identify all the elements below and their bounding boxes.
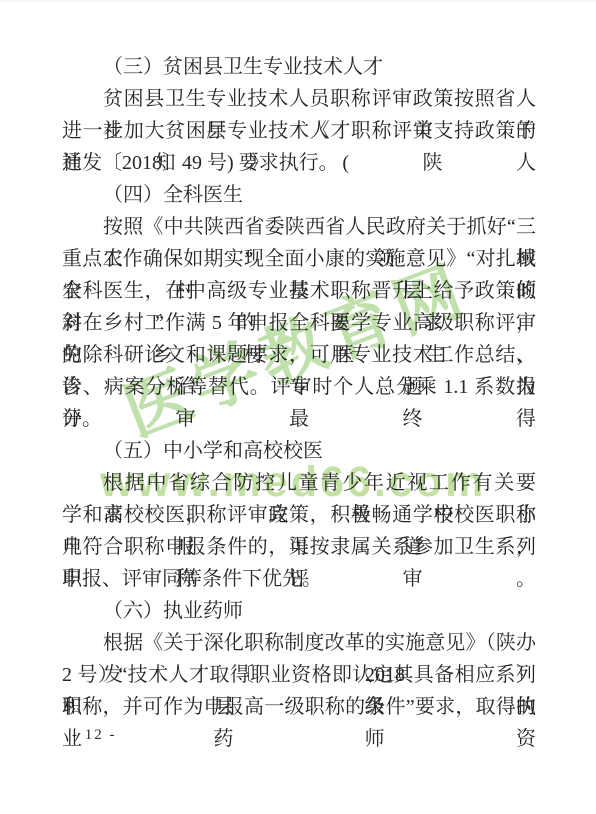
document-body: （三）贫困县卫生专业技术人才 贫困县卫生专业技术人员职称评审政策按照省人社厅《关…: [62, 51, 536, 723]
page-number: - 12 -: [72, 725, 117, 745]
section-heading-3: （三）贫困县卫生专业技术人才: [62, 51, 536, 83]
text-line: 贫困县卫生专业技术人员职称评审政策按照省人社厅《关于: [62, 83, 536, 115]
text-line: 免除科研论文和课题要求，可用专业技术工作总结、诊治专题报: [62, 339, 536, 371]
text-line: 告、病案分析等替代。评审时个人总分乘 1.1 系数为评审最终得: [62, 371, 536, 403]
text-line: 进一步加大贫困县专业技术人才职称评审支持政策的通知》(陕人: [62, 115, 536, 147]
text-line: 2 号）“技术人才取得职业资格即认定其具备相应系列和层级的: [62, 659, 536, 691]
text-line: 按照《中共陕西省委陕西省人民政府关于抓好“三农”领域: [62, 211, 536, 243]
text-line: 根据《关于深化职称制度改革的实施意见》（陕办发〔2018〕: [62, 627, 536, 659]
text-line: 根据中省综合防控儿童青少年近视工作有关要求，完善中小: [62, 467, 536, 499]
text-line: 凡符合职称申报条件的，可按隶属关系参加卫生系列职称评审。: [62, 531, 536, 563]
section-heading-4: （四）全科医生: [62, 179, 536, 211]
section-heading-6: （六）执业药师: [62, 595, 536, 627]
section-heading-5: （五）中小学和高校校医: [62, 435, 536, 467]
text-line: 对在乡村工作满 5 年申报全科医学专业高级职称评审的乡村医生，: [62, 307, 536, 339]
text-line: 全科医生，在中高级专业技术职称晋升上给予政策倾斜”的要求，: [62, 275, 536, 307]
document-page: 医学教育网 www.med66.com （三）贫困县卫生专业技术人才 贫困县卫生…: [0, 0, 596, 814]
text-line: 学和高校校医职称评审政策，积极畅通学校校医职称申报渠道，: [62, 499, 536, 531]
text-line: 重点工作确保如期实现全面小康的实施意见》“对扎根农村基层的: [62, 243, 536, 275]
text-line: 职称，并可作为申报高一级职称的条件”要求，取得执业药师资: [62, 691, 536, 723]
